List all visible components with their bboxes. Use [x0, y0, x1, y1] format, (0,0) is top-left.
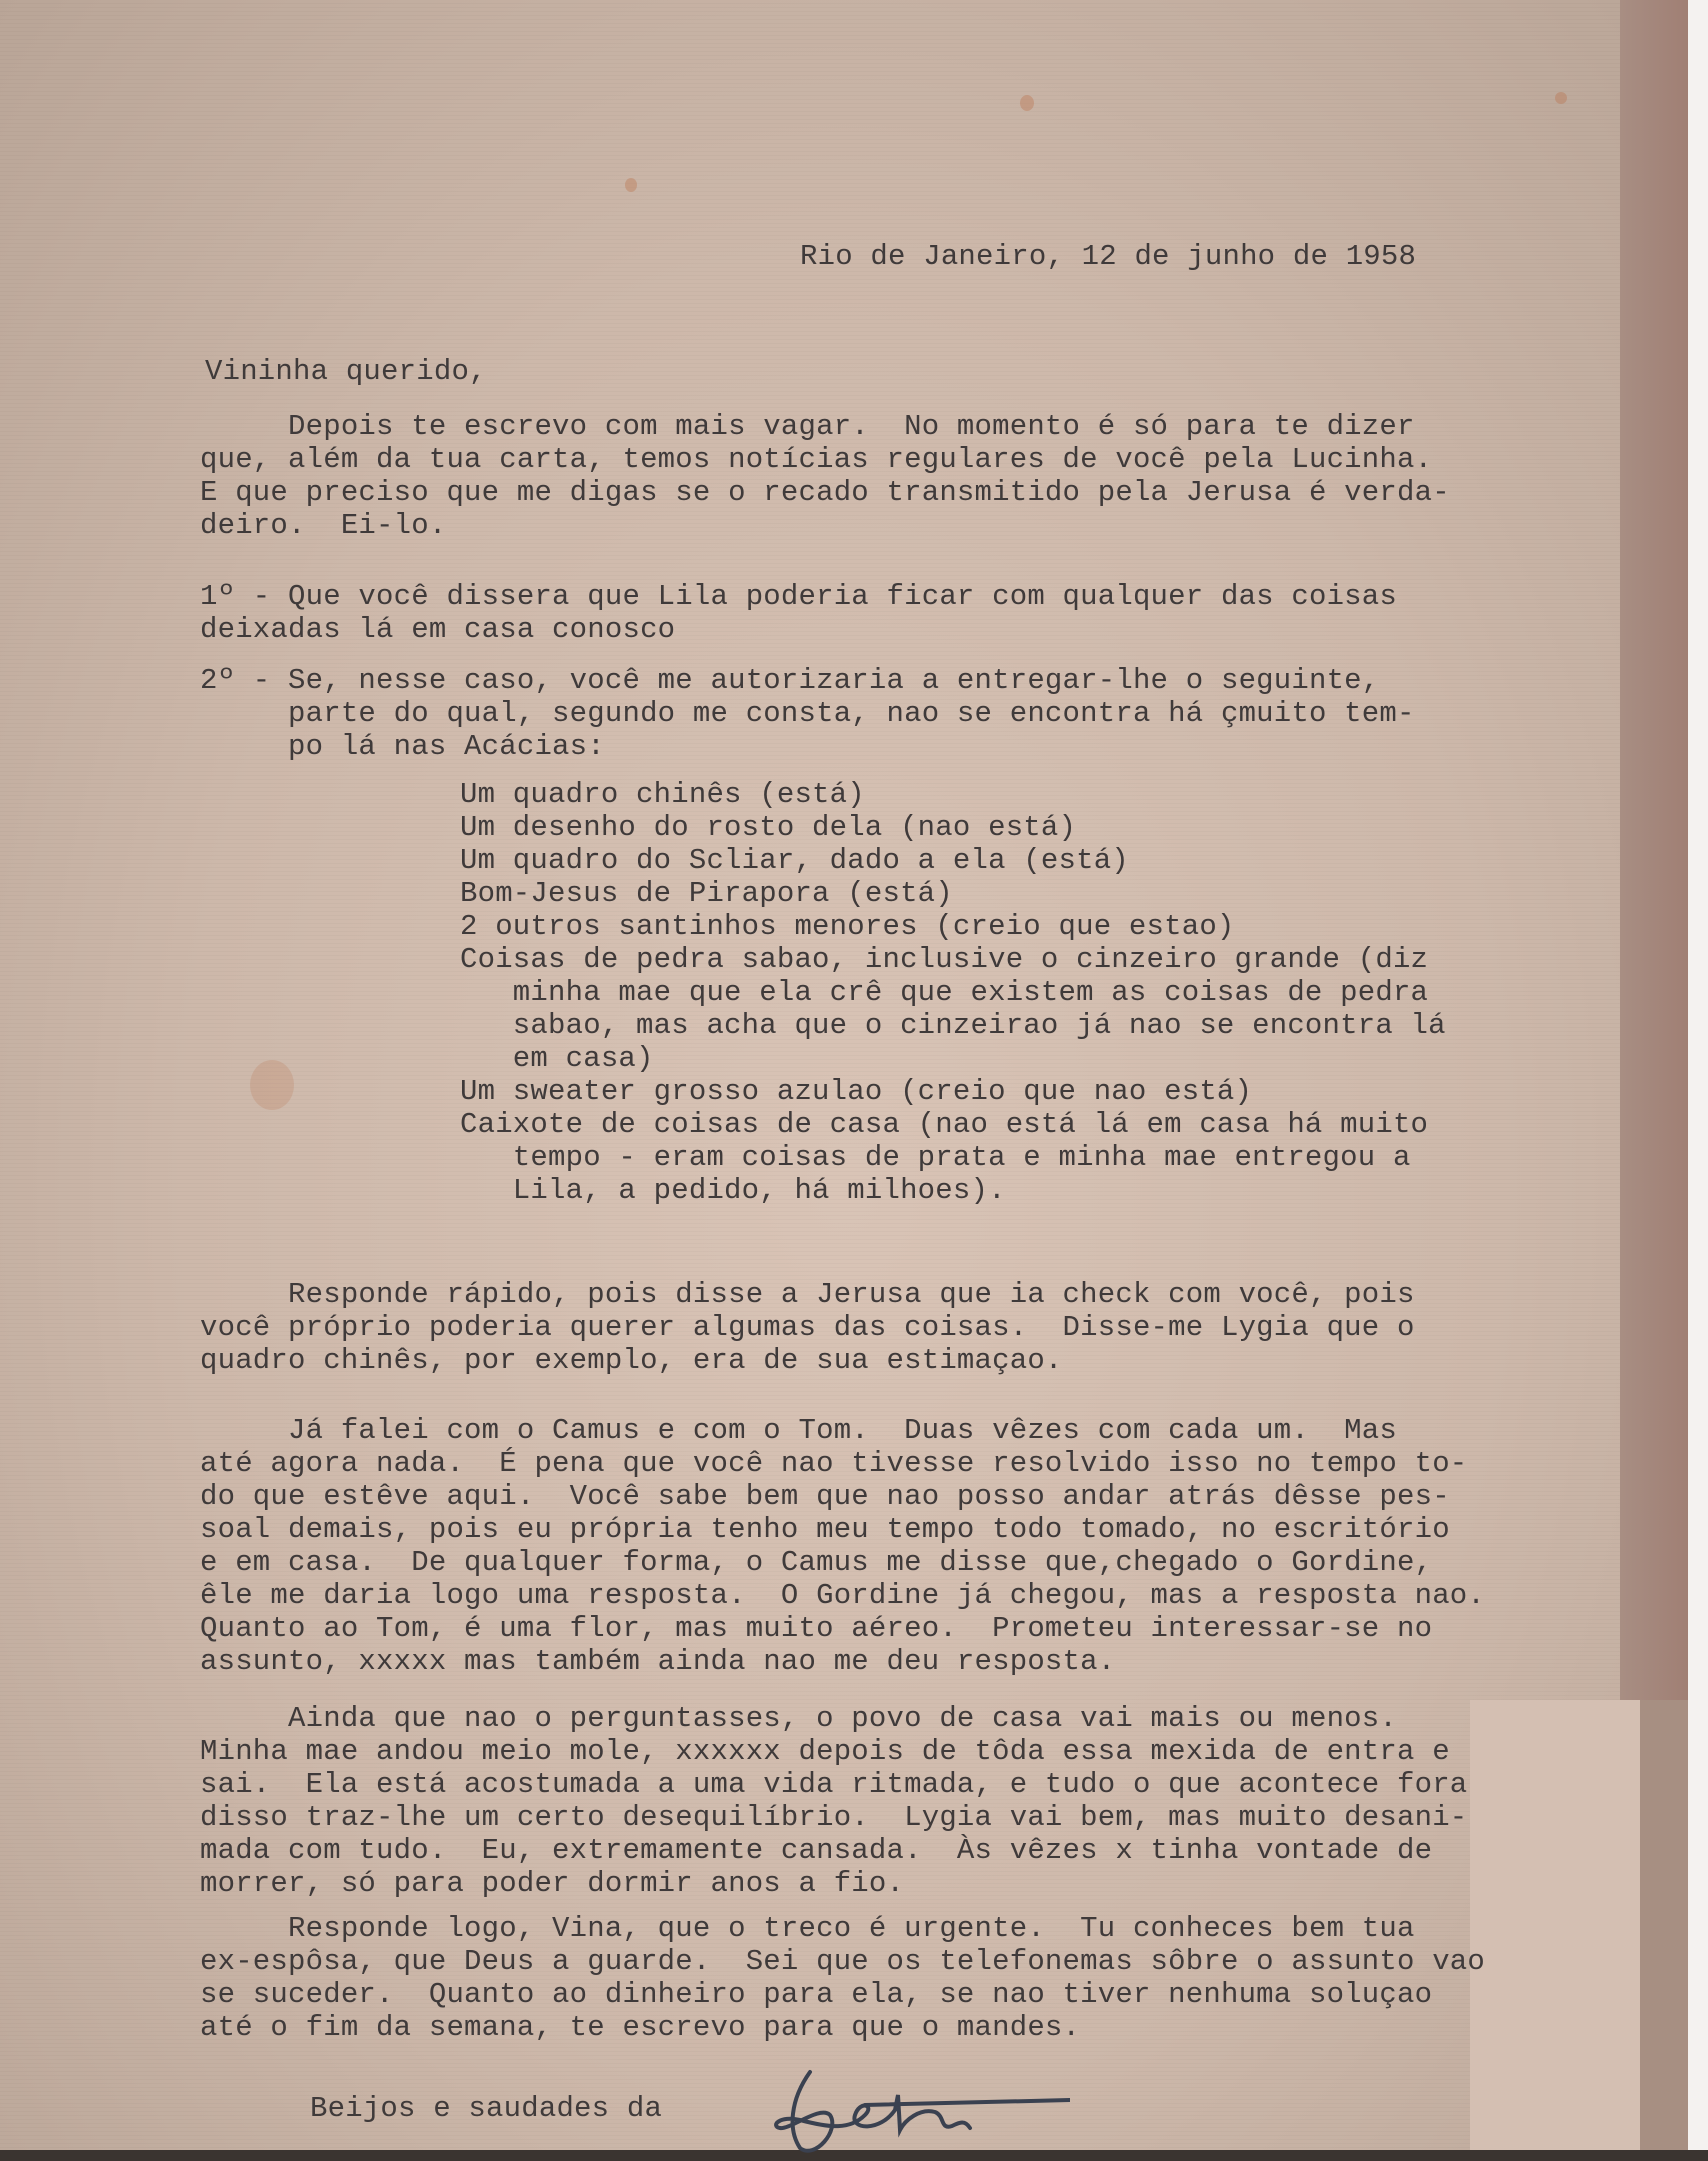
- paragraph-responde-rapido: Responde rápido, pois disse a Jerusa que…: [200, 1278, 1415, 1377]
- list-item: Um desenho do rosto dela (nao está): [460, 811, 1446, 844]
- list-item: Coisas de pedra sabao, inclusive o cinze…: [460, 943, 1446, 976]
- paragraph-responde-logo: Responde logo, Vina, que o treco é urgen…: [200, 1912, 1485, 2044]
- letter-date: Rio de Janeiro, 12 de junho de 1958: [800, 240, 1416, 273]
- item-2: 2º - Se, nesse caso, você me autorizaria…: [200, 664, 1415, 763]
- list-item: Um quadro do Scliar, dado a ela (está): [460, 844, 1446, 877]
- list-item: sabao, mas acha que o cinzeirao já nao s…: [460, 1009, 1446, 1042]
- list-item: Caixote de coisas de casa (nao está lá e…: [460, 1108, 1446, 1141]
- list-item: minha mae que ela crê que existem as coi…: [460, 976, 1446, 1009]
- stain: [1020, 95, 1034, 111]
- underlying-sheet: [1470, 1700, 1688, 2150]
- item-1: 1º - Que você dissera que Lila poderia f…: [200, 580, 1397, 646]
- list-item: em casa): [460, 1042, 1446, 1075]
- letter-closing: Beijos e saudades da: [310, 2092, 662, 2125]
- list-item: 2 outros santinhos menores (creio que es…: [460, 910, 1446, 943]
- items-list: Um quadro chinês (está)Um desenho do ros…: [460, 778, 1446, 1207]
- list-item: tempo - eram coisas de prata e minha mae…: [460, 1141, 1446, 1174]
- list-item: Bom-Jesus de Pirapora (está): [460, 877, 1446, 910]
- handwritten-signature: [770, 2060, 1070, 2160]
- stain: [625, 178, 637, 192]
- list-item: Um sweater grosso azulao (creio que nao …: [460, 1075, 1446, 1108]
- scan-border: [1688, 0, 1708, 2161]
- intro-paragraph: Depois te escrevo com mais vagar. No mom…: [200, 410, 1450, 542]
- letter-salutation: Vininha querido,: [205, 355, 487, 388]
- list-item: Lila, a pedido, há milhoes).: [460, 1174, 1446, 1207]
- stain: [250, 1060, 294, 1110]
- list-item: Um quadro chinês (está): [460, 778, 1446, 811]
- paragraph-camus-tom: Já falei com o Camus e com o Tom. Duas v…: [200, 1414, 1485, 1678]
- stain: [1555, 92, 1567, 104]
- signature-icon: [770, 2060, 1070, 2160]
- paragraph-povo-de-casa: Ainda que nao o perguntasses, o povo de …: [200, 1702, 1467, 1900]
